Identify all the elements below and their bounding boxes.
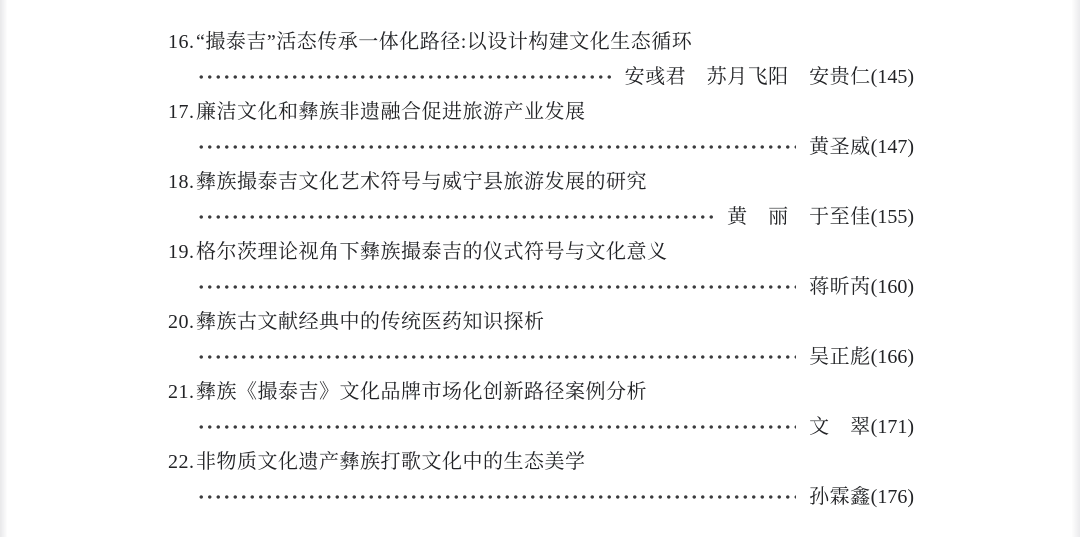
- entry-page-number: (155): [871, 204, 914, 230]
- toc-entry: 22. 非物质文化遗产彝族打歌文化中的生态美学 孙霖鑫 (176): [168, 449, 914, 519]
- entry-title: 非物质文化遗产彝族打歌文化中的生态美学: [196, 449, 586, 475]
- entry-authors: 文 翠: [809, 414, 871, 440]
- entry-authors: 吴正彪: [809, 344, 871, 370]
- entry-page-number: (145): [871, 64, 914, 90]
- entry-page-number: (160): [871, 274, 914, 300]
- entry-page-number: (147): [871, 134, 914, 160]
- page-edge-left: [0, 0, 7, 537]
- entry-authors: 孙霖鑫: [809, 484, 871, 510]
- entry-authors: 黄圣威: [809, 134, 871, 160]
- entry-number: 19.: [168, 239, 196, 265]
- toc-entry: 21. 彝族《撮泰吉》文化品牌市场化创新路径案例分析 文 翠 (171): [168, 379, 914, 449]
- entry-number: 18.: [168, 169, 196, 195]
- dot-leader: [197, 142, 796, 152]
- dot-leader: [197, 492, 796, 502]
- entry-authors: 黄 丽 于至佳: [727, 204, 871, 230]
- entry-title: 格尔茨理论视角下彝族撮泰吉的仪式符号与文化意义: [196, 239, 668, 265]
- entry-number: 17.: [168, 99, 196, 125]
- dot-leader: [197, 422, 796, 432]
- toc-entry: 20. 彝族古文献经典中的传统医药知识探析 吴正彪 (166): [168, 309, 914, 379]
- entry-title: 彝族撮泰吉文化艺术符号与威宁县旅游发展的研究: [196, 169, 647, 195]
- dot-leader: [197, 72, 612, 82]
- entry-title: 廉洁文化和彝族非遗融合促进旅游产业发展: [196, 99, 586, 125]
- entry-number: 22.: [168, 449, 196, 475]
- dot-leader: [197, 282, 796, 292]
- page-edge-right: [1072, 0, 1080, 537]
- dot-leader: [197, 352, 796, 362]
- entry-authors: 蒋昕芮: [809, 274, 871, 300]
- toc-entry: 17. 廉洁文化和彝族非遗融合促进旅游产业发展 黄圣威 (147): [168, 99, 914, 169]
- entry-number: 21.: [168, 379, 196, 405]
- dot-leader: [197, 212, 714, 222]
- table-of-contents: 16. “撮泰吉”活态传承一体化路径:以设计构建文化生态循环 安彧君 苏月飞阳 …: [168, 29, 914, 519]
- toc-entry: 16. “撮泰吉”活态传承一体化路径:以设计构建文化生态循环 安彧君 苏月飞阳 …: [168, 29, 914, 99]
- entry-page-number: (176): [871, 484, 914, 510]
- entry-authors: 安彧君 苏月飞阳 安贵仁: [625, 64, 871, 90]
- entry-title: 彝族古文献经典中的传统医药知识探析: [196, 309, 545, 335]
- entry-page-number: (171): [871, 414, 914, 440]
- toc-entry: 19. 格尔茨理论视角下彝族撮泰吉的仪式符号与文化意义 蒋昕芮 (160): [168, 239, 914, 309]
- toc-entry: 18. 彝族撮泰吉文化艺术符号与威宁县旅游发展的研究 黄 丽 于至佳 (155): [168, 169, 914, 239]
- entry-title: 彝族《撮泰吉》文化品牌市场化创新路径案例分析: [196, 379, 647, 405]
- entry-page-number: (166): [871, 344, 914, 370]
- entry-title: “撮泰吉”活态传承一体化路径:以设计构建文化生态循环: [196, 29, 692, 55]
- entry-number: 16.: [168, 29, 196, 55]
- entry-number: 20.: [168, 309, 196, 335]
